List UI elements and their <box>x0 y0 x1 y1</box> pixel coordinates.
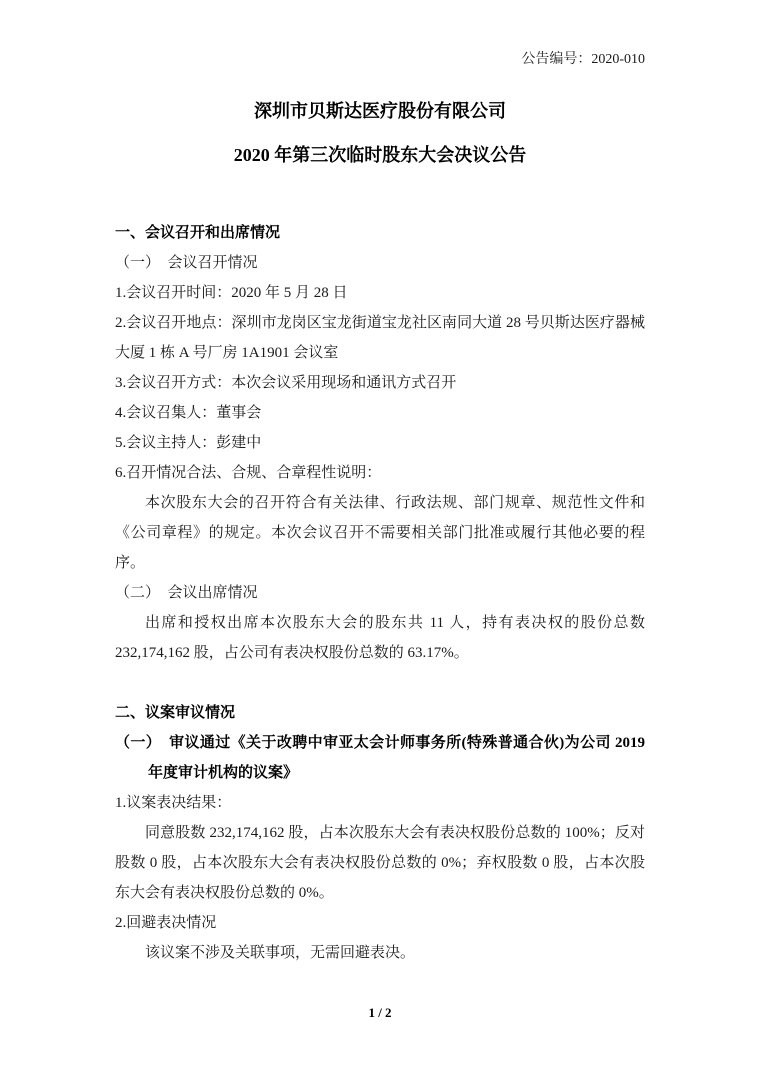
recusal-paragraph: 该议案不涉及关联事项，无需回避表决。 <box>115 938 645 968</box>
vote-result-label: 1.议案表决结果： <box>115 788 645 818</box>
attendance-paragraph: 出席和授权出席本次股东大会的股东共 11 人，持有表决权的股份总数 232,17… <box>115 608 645 668</box>
meeting-method-item: 3.会议召开方式：本次会议采用现场和通讯方式召开 <box>115 368 645 398</box>
document-page: 公告编号：2020-010 深圳市贝斯达医疗股份有限公司 2020 年第三次临时… <box>0 0 760 1075</box>
notice-number: 公告编号：2020-010 <box>115 50 645 70</box>
vote-result-paragraph: 同意股数 232,174,162 股，占本次股东大会有表决权股份总数的 100%… <box>115 818 645 908</box>
document-title-company: 深圳市贝斯达医疗股份有限公司 <box>115 98 645 124</box>
section1-sub2-heading: （二） 会议出席情况 <box>115 578 645 608</box>
section1-heading: 一、会议召开和出席情况 <box>115 218 645 248</box>
meeting-location-item: 2.会议召开地点：深圳市龙岗区宝龙街道宝龙社区南同大道 28 号贝斯达医疗器械大… <box>115 308 645 368</box>
page-number: 1 / 2 <box>115 1003 645 1023</box>
meeting-chair-item: 5.会议主持人：彭建中 <box>115 428 645 458</box>
document-title-announcement: 2020 年第三次临时股东大会决议公告 <box>115 142 645 168</box>
legality-paragraph: 本次股东大会的召开符合有关法律、行政法规、部门规章、规范性文件和《公司章程》的规… <box>115 488 645 578</box>
section2-heading: 二、议案审议情况 <box>115 698 645 728</box>
proposal-heading: （一） 审议通过《关于改聘中审亚太会计师事务所(特殊普通合伙)为公司 2019 … <box>115 728 645 788</box>
recusal-label: 2.回避表决情况 <box>115 908 645 938</box>
legality-statement-item: 6.召开情况合法、合规、合章程性说明： <box>115 458 645 488</box>
meeting-convener-item: 4.会议召集人：董事会 <box>115 398 645 428</box>
meeting-time-item: 1.会议召开时间：2020 年 5 月 28 日 <box>115 278 645 308</box>
section1-sub1-heading: （一） 会议召开情况 <box>115 248 645 278</box>
